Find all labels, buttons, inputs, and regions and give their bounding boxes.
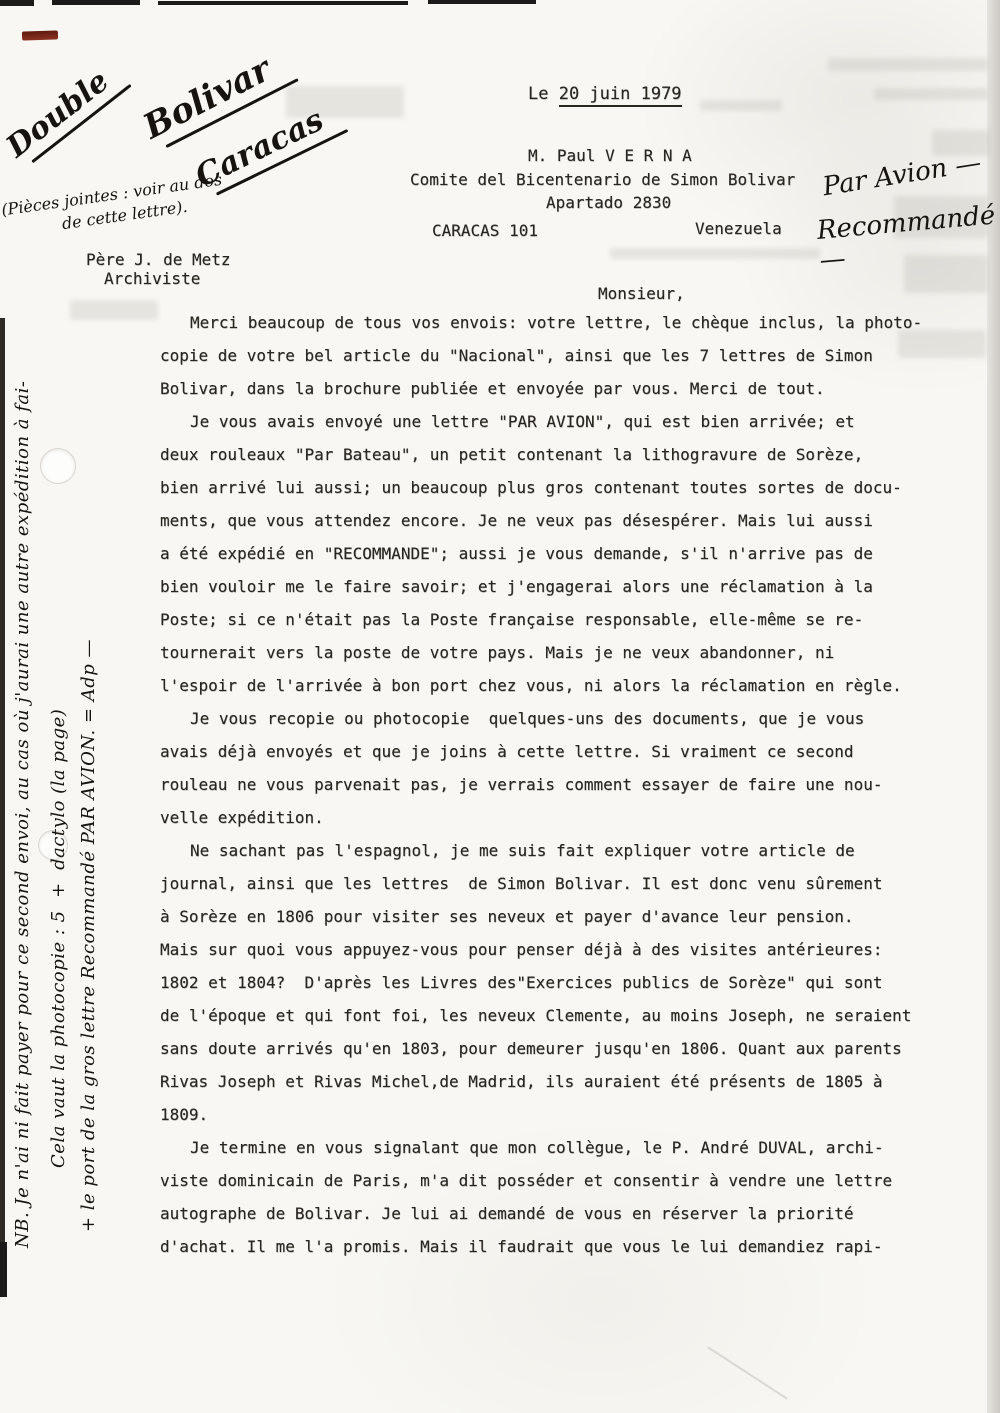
- bleed-through-mark: [610, 248, 820, 259]
- recipient-title: Archiviste: [86, 269, 231, 288]
- body-line: autographe de Bolivar. Je lui ai demandé…: [160, 1197, 960, 1230]
- salutation: Monsieur,: [598, 284, 685, 303]
- body-line: viste dominicain de Paris, m'a dit possé…: [160, 1164, 960, 1197]
- body-line: 1802 et 1804? D'après les Livres des"Exe…: [160, 966, 960, 999]
- bleed-through-mark: [700, 100, 782, 111]
- fold-crease: [707, 1346, 788, 1399]
- sender-country: Venezuela: [695, 219, 782, 238]
- body-line: l'espoir de l'arrivée à bon port chez vo…: [160, 669, 960, 702]
- sender-name: M. Paul V E R N A: [528, 146, 692, 165]
- body-line: a été expédié en "RECOMMANDE"; aussi je …: [160, 537, 960, 570]
- annotation-double-text: Double: [0, 64, 116, 165]
- sender-po-box: Apartado 2830: [546, 193, 671, 212]
- body-line: bien vouloir me le faire savoir; et j'en…: [160, 570, 960, 603]
- scan-edge-left-strip: [0, 318, 5, 1253]
- sender-org: Comite del Bicentenario de Simon Bolivar: [410, 170, 795, 189]
- body-line: sans doute arrivés qu'en 1803, pour deme…: [160, 1032, 960, 1065]
- body-line: Rivas Joseph et Rivas Michel,de Madrid, …: [160, 1065, 960, 1098]
- body-line: Je vous recopie ou photocopie quelques-u…: [160, 702, 960, 735]
- body-line: tournerait vers la poste de votre pays. …: [160, 636, 960, 669]
- letter-date-prefix: Le: [528, 84, 559, 104]
- body-line: rouleau ne vous parvenait pas, je verrai…: [160, 768, 960, 801]
- body-line: avais déjà envoyés et que je joins à cet…: [160, 735, 960, 768]
- letter-date: Le 20 juin 1979: [528, 84, 682, 104]
- sender-city: CARACAS 101: [432, 221, 538, 240]
- body-line: Je vous avais envoyé une lettre "PAR AVI…: [160, 405, 960, 438]
- body-line: journal, ainsi que les lettres de Simon …: [160, 867, 960, 900]
- scan-edge-left-strip: [0, 1242, 7, 1297]
- margin-note-2: Cela vaut la photocopie : 5 + dactylo (l…: [48, 638, 69, 1168]
- body-line: 1809.: [160, 1098, 960, 1131]
- recipient-block: Père J. de Metz Archiviste: [86, 250, 231, 288]
- body-line: velle expédition.: [160, 801, 960, 834]
- letter-body: Merci beaucoup de tous vos envois: votre…: [160, 306, 960, 1263]
- body-line: Bolivar, dans la brochure publiée et env…: [160, 372, 960, 405]
- bleed-through-mark: [874, 88, 988, 100]
- annotation-par-avion-text: Par Avion —: [821, 148, 984, 203]
- body-line: Je termine en vous signalant que mon col…: [160, 1131, 960, 1164]
- punch-hole: [40, 448, 76, 484]
- red-ink-mark: [22, 30, 58, 40]
- margin-note-1: NB. Je n'ai ni fait payer pour ce second…: [12, 328, 33, 1248]
- letter-page: { "header": { "date_prefix": "Le ", "dat…: [0, 0, 1000, 1413]
- body-line: ments, que vous attendez encore. Je ne v…: [160, 504, 960, 537]
- body-line: à Sorèze en 1806 pour visiter ses neveux…: [160, 900, 960, 933]
- recipient-name: Père J. de Metz: [86, 250, 231, 269]
- bleed-through-mark: [70, 300, 158, 320]
- body-line: d'achat. Il me l'a promis. Mais il faudr…: [160, 1230, 960, 1263]
- letter-date-main: 20 juin 1979: [559, 84, 682, 107]
- body-line: Ne sachant pas l'espagnol, je me suis fa…: [160, 834, 960, 867]
- annotation-pieces-jointes: (Pièces jointes : voir au dos de cette l…: [0, 169, 227, 244]
- annotation-double: Double: [0, 64, 119, 170]
- scan-edge-top-mark: [158, 1, 408, 5]
- margin-note-3: + le port de la gros lettre Recommandé P…: [78, 472, 99, 1232]
- bleed-through-mark: [828, 58, 988, 71]
- body-line: Poste; si ce n'était pas la Poste frança…: [160, 603, 960, 636]
- scan-edge-top-mark: [428, 0, 536, 4]
- body-line: copie de votre bel article du "Nacional"…: [160, 339, 960, 372]
- body-line: bien arrivé lui aussi; un beaucoup plus …: [160, 471, 960, 504]
- scan-edge-top-mark: [0, 0, 34, 6]
- body-line: Mais sur quoi vous appuyez-vous pour pen…: [160, 933, 960, 966]
- annotation-par-avion: Par Avion —: [821, 148, 984, 203]
- body-line: de l'époque et qui font foi, les neveux …: [160, 999, 960, 1032]
- scan-edge-top-mark: [52, 0, 140, 5]
- body-line: Merci beaucoup de tous vos envois: votre…: [160, 306, 960, 339]
- body-line: deux rouleaux "Par Bateau", un petit con…: [160, 438, 960, 471]
